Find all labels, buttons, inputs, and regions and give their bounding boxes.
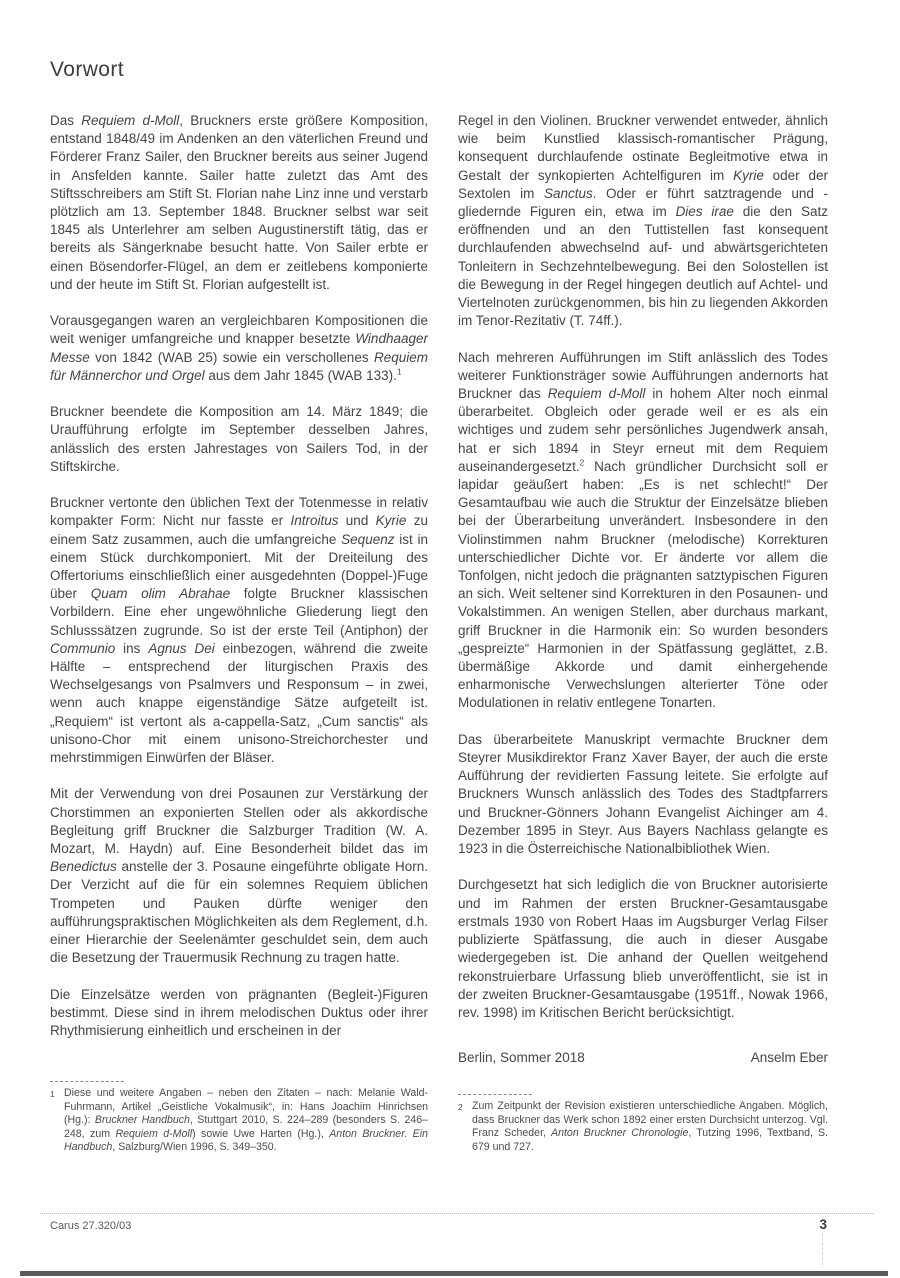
right-column-paragraphs: Regel in den Violinen. Bruckner verwende…	[458, 112, 828, 1022]
crop-mark	[822, 1233, 823, 1265]
footnote-1: 1 Diese und weitere Angaben – neben den …	[50, 1081, 428, 1155]
paragraph: Das Requiem d-Moll, Bruckners erste größ…	[50, 112, 428, 294]
catalog-number: Carus 27.320/03	[50, 1220, 131, 1232]
paragraph: Vorausgegangen waren an vergleichbaren K…	[50, 312, 428, 385]
paragraph: Das überarbeitete Manuskript vermachte B…	[458, 731, 828, 858]
page-footer: Carus 27.320/03 3	[50, 1217, 827, 1232]
paragraph: Die Einzelsätze werden von prägnanten (B…	[50, 986, 428, 1041]
footnote-text: Zum Zeitpunkt der Revision existieren un…	[472, 1100, 828, 1154]
right-column: Regel in den Violinen. Bruckner verwende…	[458, 112, 828, 1067]
page-content: Das Requiem d-Moll, Bruckners erste größ…	[50, 112, 828, 1155]
left-column: Das Requiem d-Moll, Bruckners erste größ…	[50, 112, 428, 1067]
page-title: Vorwort	[50, 58, 124, 82]
paragraph: Mit der Verwendung von drei Posaunen zur…	[50, 785, 428, 967]
page-number: 3	[819, 1217, 827, 1232]
signoff-place-date: Berlin, Sommer 2018	[458, 1049, 585, 1067]
footnote-separator	[458, 1094, 532, 1095]
paragraph: Nach mehreren Aufführungen im Stift anlä…	[458, 349, 828, 713]
footer-divider	[40, 1213, 873, 1214]
paragraph: Bruckner vertonte den üblichen Text der …	[50, 494, 428, 767]
footnote-marker: 2	[458, 1100, 472, 1154]
footnote-2: 2 Zum Zeitpunkt der Revision existieren …	[458, 1094, 828, 1155]
footnote-separator	[50, 1081, 124, 1082]
document-page: Vorwort Das Requiem d-Moll, Bruckners er…	[0, 0, 900, 1278]
signoff-author: Anselm Eber	[751, 1049, 828, 1067]
paragraph: Regel in den Violinen. Bruckner verwende…	[458, 112, 828, 330]
two-column-text: Das Requiem d-Moll, Bruckners erste größ…	[50, 112, 828, 1067]
bottom-scan-bar	[20, 1271, 888, 1276]
footnotes-section: 1 Diese und weitere Angaben – neben den …	[50, 1081, 828, 1155]
footnote-marker: 1	[50, 1087, 64, 1155]
paragraph: Bruckner beendete die Komposition am 14.…	[50, 403, 428, 476]
footnote-text: Diese und weitere Angaben – neben den Zi…	[64, 1087, 428, 1155]
left-column-paragraphs: Das Requiem d-Moll, Bruckners erste größ…	[50, 112, 428, 1040]
signoff-line: Berlin, Sommer 2018 Anselm Eber	[458, 1049, 828, 1067]
paragraph: Durchgesetzt hat sich lediglich die von …	[458, 876, 828, 1022]
